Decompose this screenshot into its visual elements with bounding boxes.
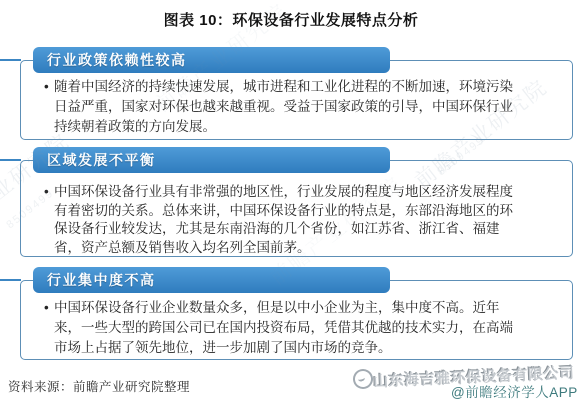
company-logo-watermark-icon [351, 367, 375, 391]
left-connector-line [0, 59, 21, 61]
section-body: • 中国环保设备行业具有非常强的地区性，行业发展的程度与地区经济发展程度 有着密… [46, 183, 554, 257]
section-header-label: 行业政策依赖性较高 [47, 52, 187, 68]
body-line: 日益严重，国家对环保也越来越重视。受益于国家政策的引导，中国环保行业 [54, 97, 554, 117]
bullet-marker: • [44, 183, 49, 202]
body-line: 随着中国经济的持续快速发展，城市进程和工业化进程的不断加速，环境污染 [54, 77, 554, 97]
page-title: 图表 10：环保设备行业发展特点分析 [0, 9, 582, 30]
body-line: 中国环保设备行业企业数量众多，但是以中小企业为主，集中度不高。近年 [54, 298, 554, 318]
body-line: 市场上占据了领先地位，进一步加剧了国内市场的竞争。 [54, 338, 554, 358]
section-header-label: 行业集中度不高 [47, 272, 156, 288]
section-header-label: 区域发展不平衡 [47, 152, 156, 168]
figure-canvas: 图表 10：环保设备行业发展特点分析 前瞻产业研究院 前瞻产业研究院 85094… [0, 0, 582, 409]
left-connector-line [0, 279, 21, 281]
section-body: • 随着中国经济的持续快速发展，城市进程和工业化进程的不断加速，环境污染 日益严… [46, 77, 554, 137]
bullet-marker: • [44, 298, 49, 318]
body-line: 来，一些大型的跨国公司已在国内投资布局，凭借其优越的技术实力，在高端 [54, 318, 554, 338]
section-body: • 中国环保设备行业企业数量众多，但是以中小企业为主，集中度不高。近年 来，一些… [46, 298, 554, 358]
body-line: 有着密切的关系。总体来讲，中国环保设备行业的特点是，东部沿海地区的环 [54, 202, 554, 221]
source-note: 资料来源：前瞻产业研究院整理 [8, 377, 190, 395]
bullet-marker: • [44, 77, 49, 97]
section-header-pill: 区域发展不平衡 [33, 147, 390, 173]
section-header-pill: 行业政策依赖性较高 [33, 47, 390, 73]
left-connector-line [0, 159, 21, 161]
section-header-pill: 行业集中度不高 [33, 267, 390, 293]
body-line: 中国环保设备行业具有非常强的地区性，行业发展的程度与地区经济发展程度 [54, 183, 554, 202]
body-line: 持续朝着政策的方向发展。 [54, 117, 554, 137]
body-line: 保设备行业较发达，尤其是东南沿海的几个省份，如江苏省、浙江省、福建 [54, 220, 554, 239]
body-line: 省，资产总额及销售收入均名列全国前茅。 [54, 239, 554, 258]
